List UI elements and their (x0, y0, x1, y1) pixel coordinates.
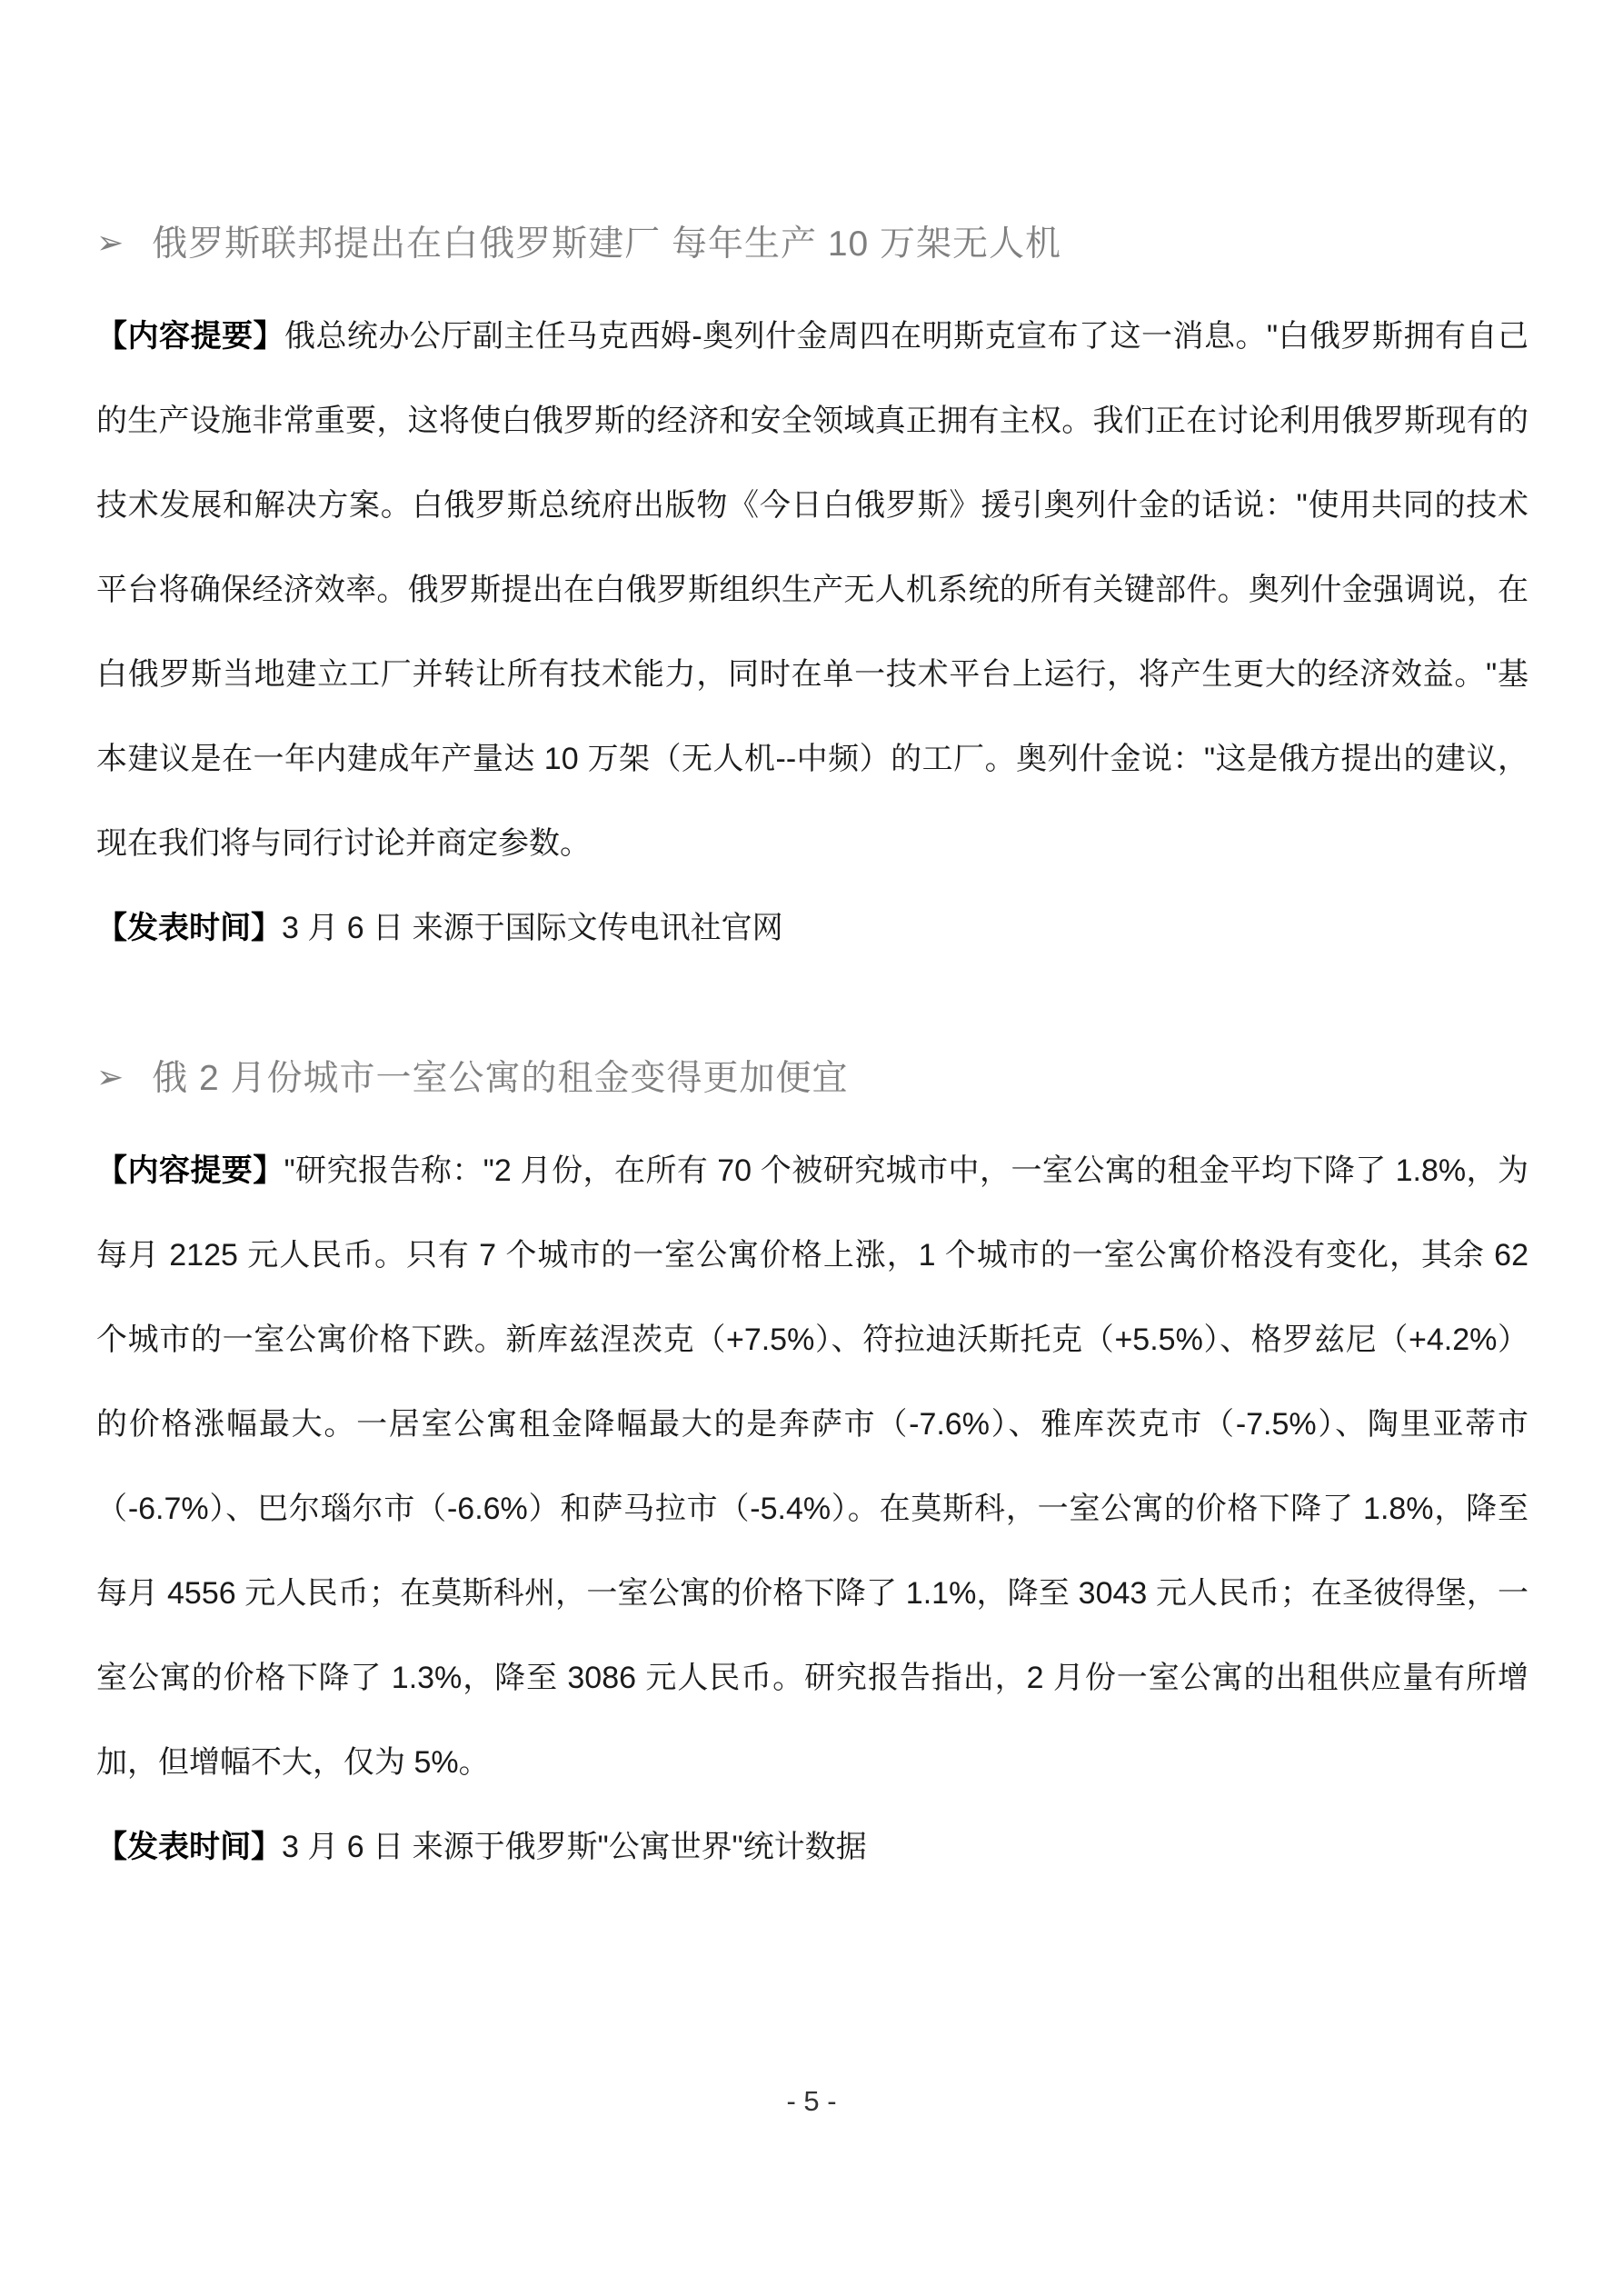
arrow-bullet-icon: ➢ (96, 215, 124, 271)
summary-paragraph: 【内容提要】俄总统办公厅副主任马克西姆-奥列什金周四在明斯克宣布了这一消息。"白… (96, 294, 1528, 886)
section-heading-text: 俄罗斯联邦提出在白俄罗斯建厂 每年生产 10 万架无人机 (152, 225, 1061, 264)
section-heading-rent: ➢俄 2 月份城市一室公寓的租金变得更加便宜 (96, 1051, 1528, 1107)
page-number: - 5 - (0, 2083, 1623, 2120)
document-page: ➢俄罗斯联邦提出在白俄罗斯建厂 每年生产 10 万架无人机 【内容提要】俄总统办… (0, 0, 1623, 2296)
publish-label: 【发表时间】 (96, 911, 282, 945)
publish-text: 3 月 6 日 来源于俄罗斯"公寓世界"统计数据 (282, 1830, 867, 1864)
section-heading-text: 俄 2 月份城市一室公寓的租金变得更加便宜 (152, 1059, 848, 1098)
document-content: ➢俄罗斯联邦提出在白俄罗斯建厂 每年生产 10 万架无人机 【内容提要】俄总统办… (96, 216, 1528, 1890)
summary-text: 俄总统办公厅副主任马克西姆-奥列什金周四在明斯克宣布了这一消息。"白俄罗斯拥有自… (96, 319, 1528, 861)
section-heading-drones: ➢俄罗斯联邦提出在白俄罗斯建厂 每年生产 10 万架无人机 (96, 216, 1528, 273)
summary-paragraph: 【内容提要】"研究报告称："2 月份，在所有 70 个被研究城市中，一室公寓的租… (96, 1129, 1528, 1805)
publish-label: 【发表时间】 (96, 1830, 282, 1864)
summary-text: "研究报告称："2 月份，在所有 70 个被研究城市中，一室公寓的租金平均下降了… (96, 1153, 1528, 1780)
summary-label: 【内容提要】 (96, 319, 284, 354)
publish-line: 【发表时间】3 月 6 日 来源于俄罗斯"公寓世界"统计数据 (96, 1805, 1528, 1890)
publish-text: 3 月 6 日 来源于国际文传电讯社官网 (282, 911, 783, 945)
summary-label: 【内容提要】 (96, 1153, 284, 1188)
arrow-bullet-icon: ➢ (96, 1049, 124, 1105)
publish-line: 【发表时间】3 月 6 日 来源于国际文传电讯社官网 (96, 886, 1528, 971)
